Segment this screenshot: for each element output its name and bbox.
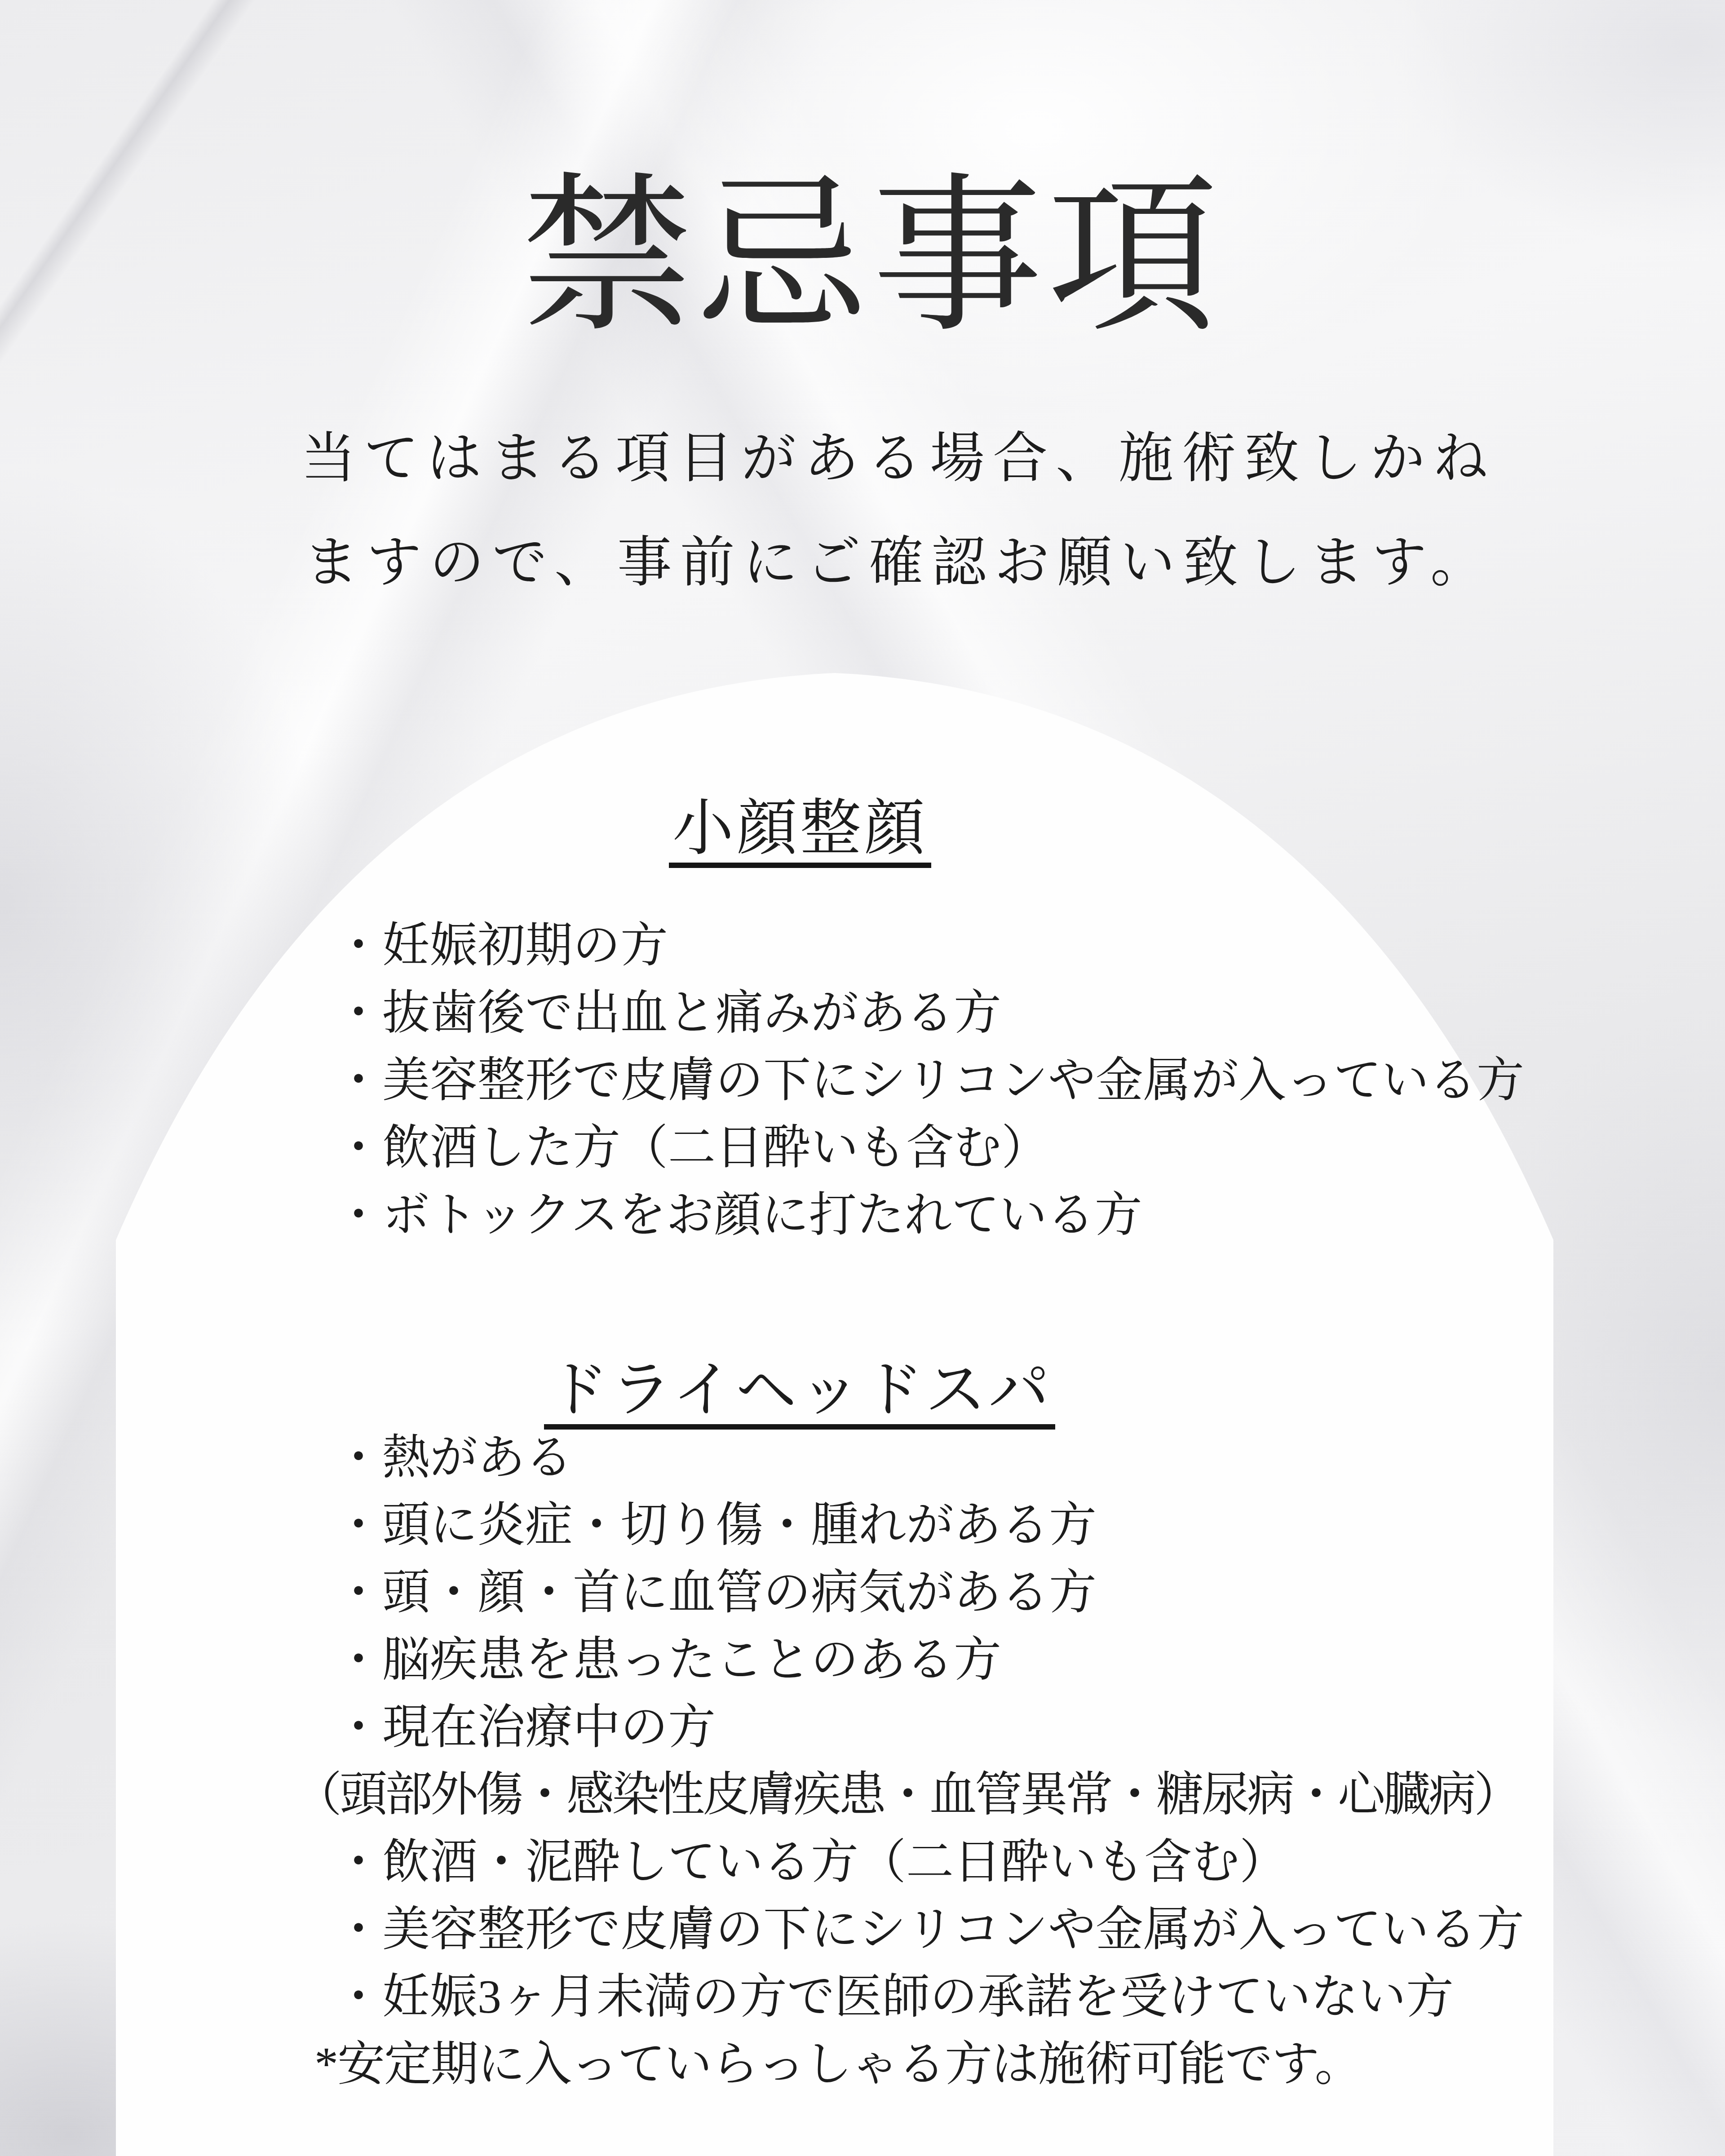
section-heading-kogao-seigan-label: 小顔整顔 <box>669 795 931 868</box>
intro-text: 当てはまる項目がある場合、施術致しかね ますので、事前にご確認お願い致します。 <box>72 407 1725 615</box>
list-item: ・頭に炎症・切り傷・腫れがある方 <box>335 1492 1524 1559</box>
list-item: ・妊娠初期の方 <box>335 912 1524 979</box>
list-item: ・飲酒・泥酔している方（二日酔いも含む） <box>335 1828 1524 1896</box>
dry-head-spa-list: ・熱がある ・頭に炎症・切り傷・腫れがある方 ・頭・顔・首に血管の病気がある方 … <box>335 1424 1524 2098</box>
list-item: ・頭・顔・首に血管の病気がある方 <box>335 1559 1524 1626</box>
list-item: ・美容整形で皮膚の下にシリコンや金属が入っている方 <box>335 1047 1524 1114</box>
list-item: ・美容整形で皮膚の下にシリコンや金属が入っている方 <box>335 1896 1524 1963</box>
list-item: ・抜歯後で出血と痛みがある方 <box>335 979 1524 1047</box>
intro-line-2: ますので、事前にご確認お願い致します。 <box>72 511 1725 615</box>
list-item: ・現在治療中の方 <box>335 1694 1524 1761</box>
list-item: ・妊娠3ヶ月未満の方で医師の承諾を受けていない方 <box>335 1963 1524 2031</box>
list-item: ・脳疾患を患ったことのある方 <box>335 1626 1524 1694</box>
section-heading-dry-head-spa-label: ドライヘッドスパ <box>544 1357 1056 1430</box>
list-item: ・ボトックスをお顔に打たれている方 <box>335 1182 1524 1249</box>
section-heading-kogao-seigan: 小顔整顔 <box>0 795 1600 868</box>
page-title: 禁忌事項 <box>0 164 1725 352</box>
kogao-seigan-list: ・妊娠初期の方 ・抜歯後で出血と痛みがある方 ・美容整形で皮膚の下にシリコンや金… <box>335 912 1524 1249</box>
intro-line-1: 当てはまる項目がある場合、施術致しかね <box>72 407 1725 511</box>
contraindications-poster: 禁忌事項 当てはまる項目がある場合、施術致しかね ますので、事前にご確認お願い致… <box>0 0 1725 2156</box>
list-item: ・熱がある <box>335 1424 1524 1492</box>
list-item: ・飲酒した方（二日酔いも含む） <box>335 1114 1524 1182</box>
list-item-footnote: *安定期に入っていらっしゃる方は施術可能です。 <box>335 2031 1524 2098</box>
section-heading-dry-head-spa: ドライヘッドスパ <box>0 1357 1599 1430</box>
list-item-parenthetical: （頭部外傷・感染性皮膚疾患・血管異常・糖尿病・心臓病） <box>335 1761 1524 1828</box>
